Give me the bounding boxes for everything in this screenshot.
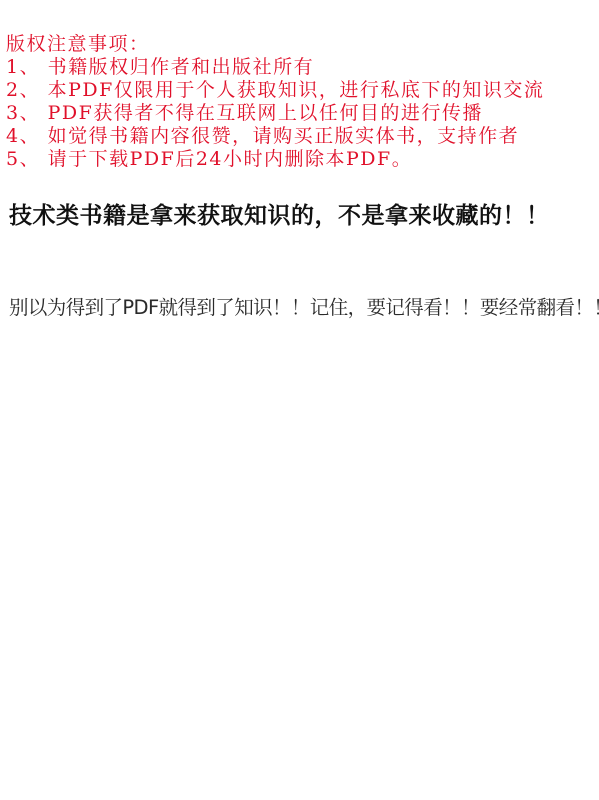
notice-title: 版权注意事项： [6, 33, 544, 56]
notice-item-2: 2、 本PDF仅限用于个人获取知识，进行私底下的知识交流 [6, 79, 544, 102]
notice-item-1: 1、 书籍版权归作者和出版社所有 [6, 56, 544, 79]
notice-item-4: 4、 如觉得书籍内容很赞，请购买正版实体书，支持作者 [6, 125, 544, 148]
headline-statement: 技术类书籍是拿来获取知识的，不是拿来收藏的！！ [9, 199, 550, 233]
copyright-notice: 版权注意事项： 1、 书籍版权归作者和出版社所有 2、 本PDF仅限用于个人获取… [6, 33, 544, 171]
notice-item-3: 3、 PDF获得者不得在互联网上以任何目的进行传播 [6, 102, 544, 125]
notice-item-5: 5、 请于下载PDF后24小时内删除本PDF。 [6, 148, 544, 171]
reminder-statement: 别以为得到了PDF就得到了知识！！记住，要记得看！！要经常翻看！！ [9, 294, 599, 322]
